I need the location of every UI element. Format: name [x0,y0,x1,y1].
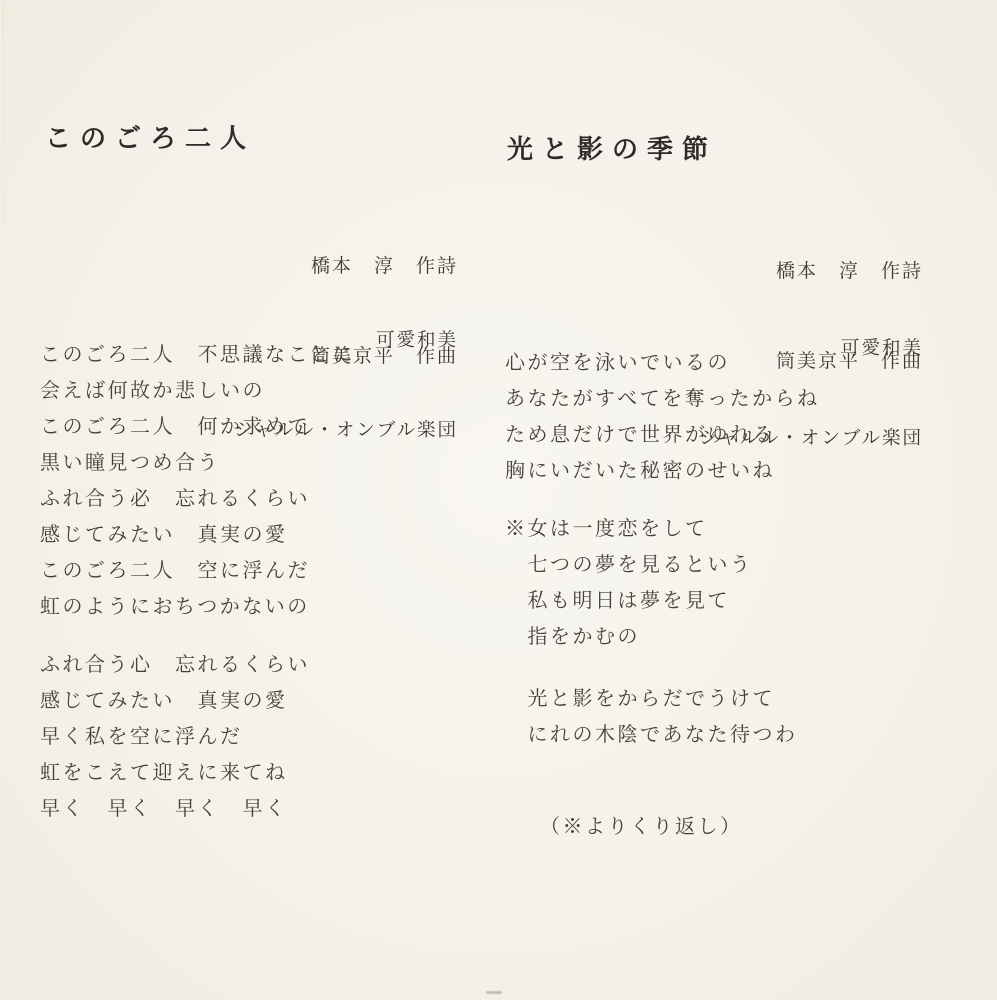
lyric-line: このごろ二人 空に浮んだ [40,553,355,589]
lyric-line: 早く私を空に浮んだ [40,719,355,755]
scan-bottom-mark [486,991,502,994]
lyric-line: 早く 早く 早く 早く [40,791,355,827]
stanza: （※よりくり返し） [505,809,820,845]
lyric-line: ※女は一度恋をして [505,511,820,547]
stanza: 光と影をからだでうけて にれの木陰であなた待つわ [505,681,820,753]
lyric-line: このごろ二人 不思議なことに [40,337,355,373]
lyric-line: ふれ合う必 忘れるくらい [40,481,355,517]
stanza: このごろ二人 不思議なことに会えば何故か悲しいのこのごろ二人 何か求めて黒い瞳見… [40,337,355,625]
lyric-line: このごろ二人 何か求めて [40,409,355,445]
song-title: 光と影の季節 [507,129,717,166]
lyric-line: 心が空を泳いでいるの [505,345,820,381]
stanza: ふれ合う心 忘れるくらい感じてみたい 真実の愛早く私を空に浮んだ虹をこえて迎えに… [40,647,355,827]
lyric-line: 感じてみたい 真実の愛 [40,683,355,719]
lyric-line: 私も明日は夢を見て [505,583,820,619]
lyric-line: 感じてみたい 真実の愛 [40,517,355,553]
lyric-line: （※よりくり返し） [505,809,820,845]
lyric-line: にれの木陰であなた待つわ [505,717,820,753]
song-column-konogoro-futari: このごろ二人 橋本 淳 作詩 筒美京平 作曲 可愛和美 シャルル・オンブル楽団 … [40,0,460,1000]
lyric-line: あなたがすべてを奪ったからね [505,381,820,417]
lyric-line: 光と影をからだでうけて [505,681,820,717]
lyric-line: 胸にいだいた秘密のせいね [505,453,820,489]
scan-edge-artifact [2,0,4,420]
lyric-line: 虹のようにおちつかないの [40,589,355,625]
lyric-line: 虹をこえて迎えに来てね [40,755,355,791]
lyrics-sheet-page: このごろ二人 橋本 淳 作詩 筒美京平 作曲 可愛和美 シャルル・オンブル楽団 … [0,0,997,1000]
lyrics-block: 心が空を泳いでいるのあなたがすべてを奪ったからねため息だけで世界がゆれる胸にいだ… [505,345,820,845]
song-column-hikari-to-kage-no-kisetsu: 光と影の季節 橋本 淳 作詩 筒美京平 作曲 可愛和美 シャルル・オンブル楽団 … [505,0,923,1000]
stanza: ※女は一度恋をして 七つの夢を見るという 私も明日は夢を見て 指をかむの [505,511,820,655]
lyric-line: 会えば何故か悲しいの [40,373,355,409]
stanza: 心が空を泳いでいるのあなたがすべてを奪ったからねため息だけで世界がゆれる胸にいだ… [505,345,820,489]
lyric-line: ため息だけで世界がゆれる [505,417,820,453]
lyric-line: 黒い瞳見つめ合う [40,445,355,481]
lyric-line: 七つの夢を見るという [505,547,820,583]
lyric-line: 指をかむの [505,619,820,655]
lyric-line: ふれ合う心 忘れるくらい [40,647,355,683]
song-title: このごろ二人 [45,118,255,155]
lyrics-block: このごろ二人 不思議なことに会えば何故か悲しいのこのごろ二人 何か求めて黒い瞳見… [40,337,355,827]
